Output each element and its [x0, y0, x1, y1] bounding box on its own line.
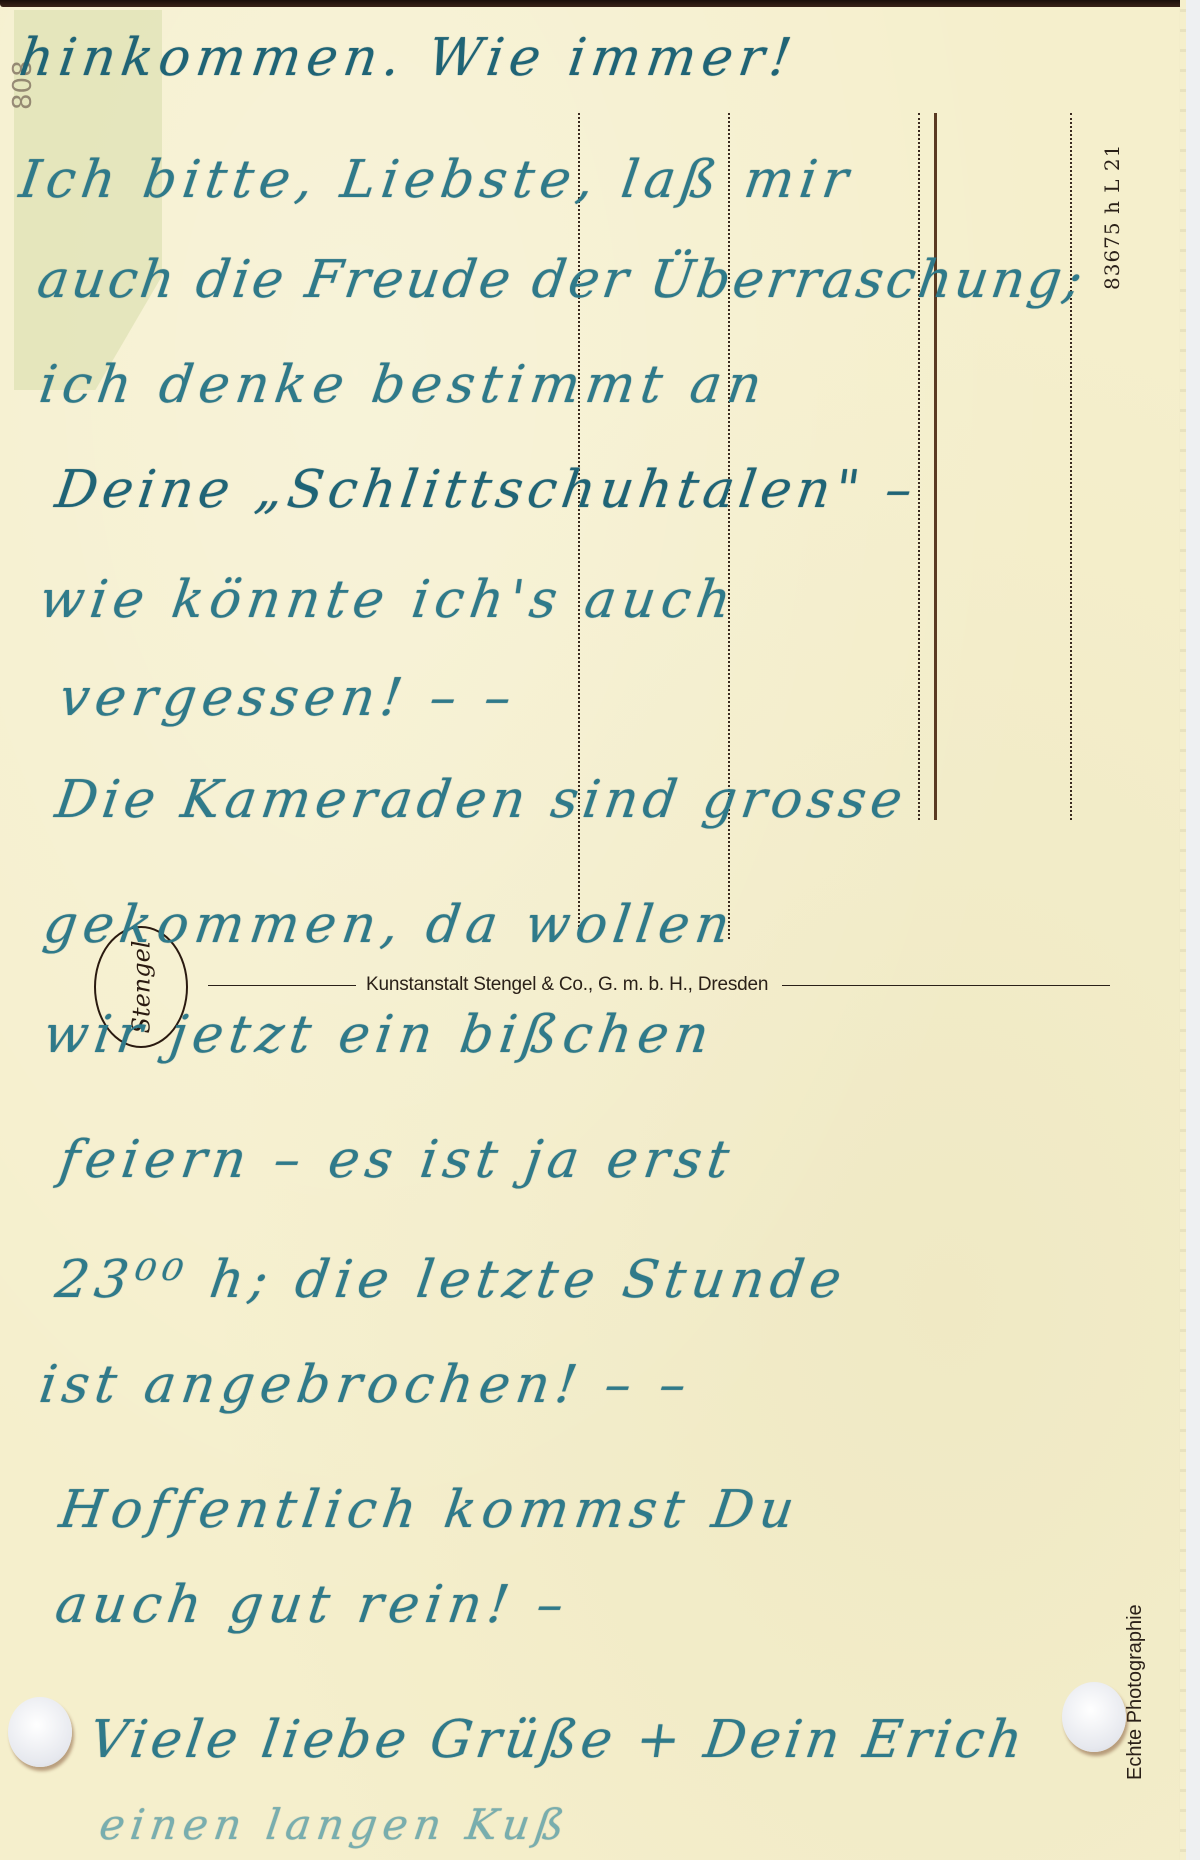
- postcard-back: 808 83675 h L 21 Stengel Kunstanstalt St…: [0, 0, 1186, 1860]
- handwriting-line: einen langen Kuß: [97, 1800, 574, 1849]
- handwriting-line: wir jetzt ein bißchen: [40, 1005, 719, 1065]
- deckled-edge: [1180, 0, 1186, 1860]
- punch-hole-right: [1062, 1682, 1126, 1752]
- handwriting-line: gekommen, da wollen: [40, 895, 739, 955]
- handwriting-line: wie könnte ich's auch: [36, 570, 741, 630]
- card-code: 83675 h L 21: [1100, 144, 1124, 290]
- handwriting-line: auch die Freude der Überraschung;: [34, 250, 1089, 310]
- imprint-text: Kunstanstalt Stengel & Co., G. m. b. H.,…: [366, 974, 768, 996]
- handwriting-line: Deine „Schlittschuhtalen" –: [52, 460, 921, 520]
- handwriting-line: vergessen! – –: [56, 668, 521, 728]
- handwriting-line: Die Kameraden sind grosse: [52, 770, 911, 830]
- punch-hole-left: [8, 1697, 72, 1767]
- handwriting-line: auch gut rein! –: [52, 1575, 573, 1635]
- divider-solid: [934, 113, 937, 820]
- scan-top-edge: [0, 0, 1186, 7]
- handwriting-line: Hoffentlich kommst Du: [56, 1480, 804, 1540]
- handwriting-line: ich denke bestimmt an: [36, 355, 771, 415]
- handwriting-line: feiern – es ist ja erst: [56, 1130, 739, 1190]
- publisher-imprint: Kunstanstalt Stengel & Co., G. m. b. H.,…: [208, 970, 1110, 1000]
- handwriting-line: Ich bitte, Liebste, laß mir: [16, 150, 858, 210]
- handwriting-line: 23⁰⁰ h; die letzte Stunde: [52, 1250, 851, 1310]
- handwriting-line: Viele liebe Grüße + Dein Erich: [86, 1710, 1030, 1770]
- divider-dotted-4: [1070, 113, 1072, 820]
- handwriting-line: hinkommen. Wie immer!: [16, 28, 801, 88]
- echte-photographie-label: Echte Photographie: [1124, 1604, 1147, 1780]
- handwriting-line: ist angebrochen! – –: [36, 1355, 696, 1415]
- imprint-rule-right: [782, 985, 1110, 986]
- imprint-rule-left: [208, 985, 356, 986]
